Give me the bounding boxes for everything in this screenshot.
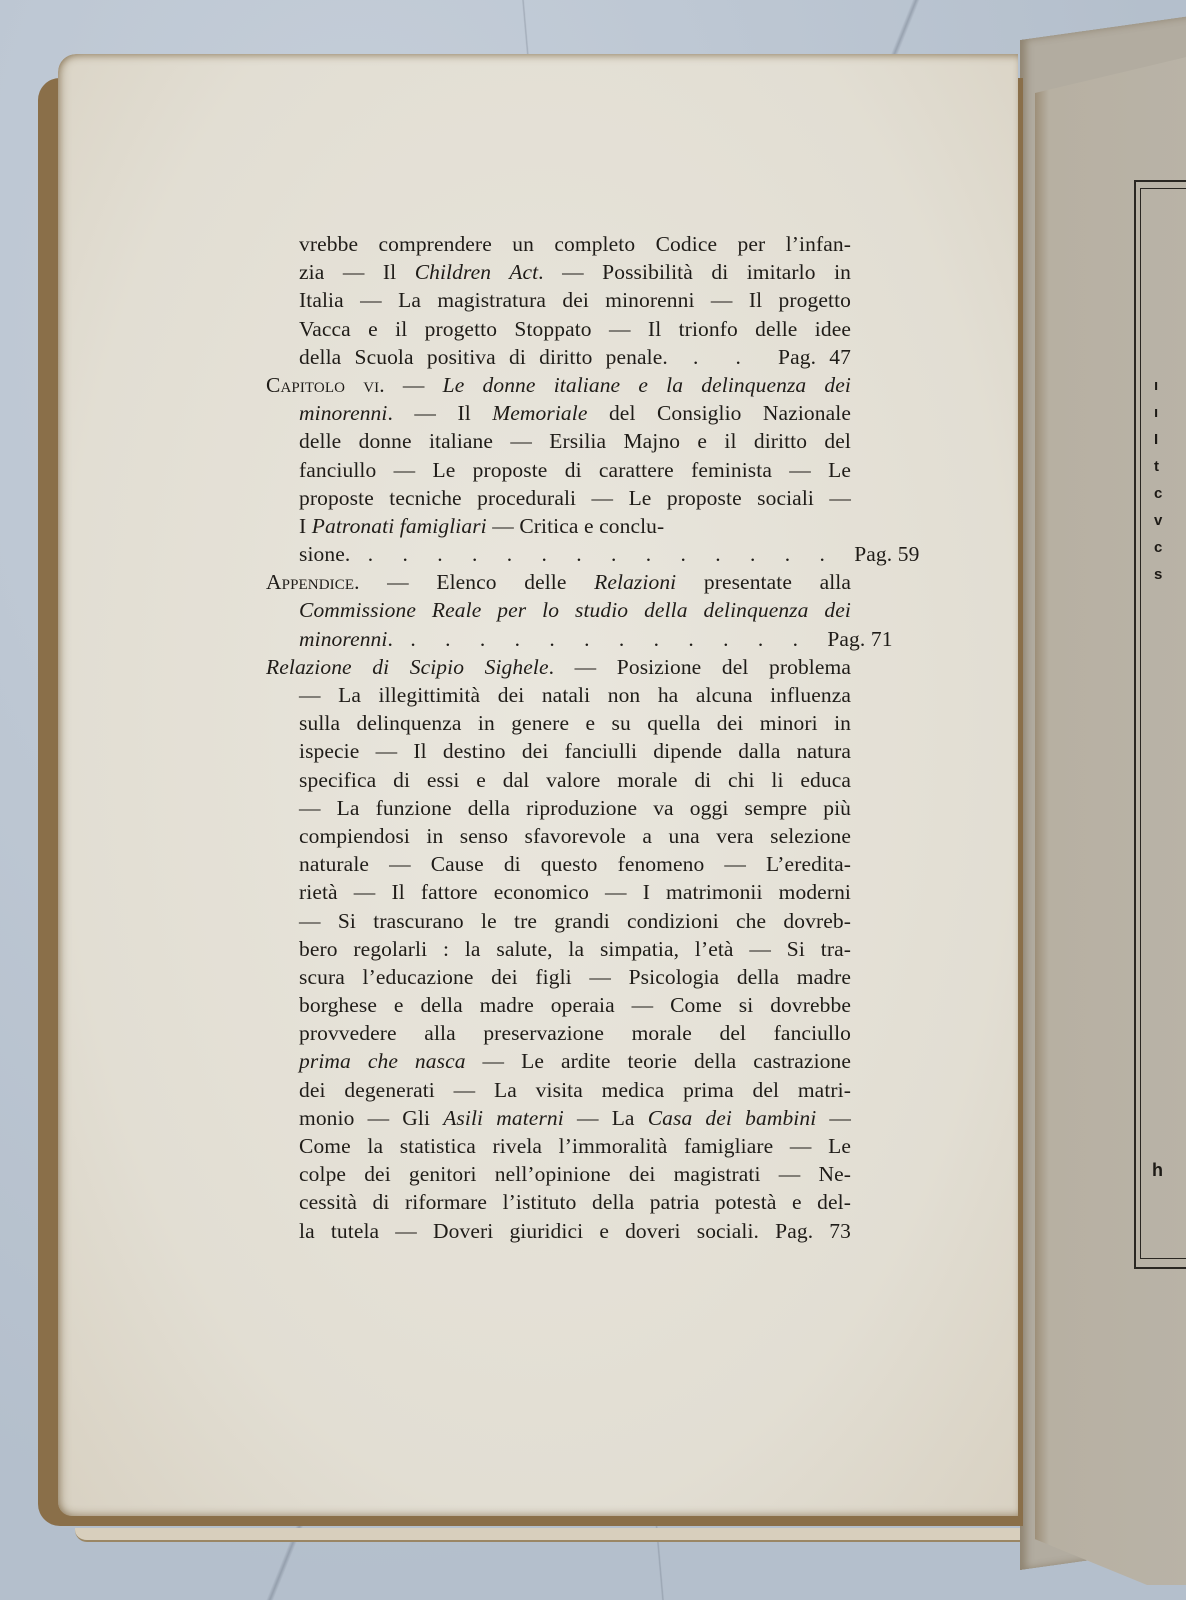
text: — Le ardite teorie della castrazione [466, 1049, 851, 1073]
leader-dots: . . . . . . . . . . . . [393, 627, 827, 651]
adjacent-page-frame-inner [1140, 188, 1186, 1259]
toc-line: borghese e della madre operaia — Come si… [266, 991, 851, 1019]
glyph: c [1154, 534, 1174, 561]
italic-title: Commissione Reale per lo studio della de… [299, 598, 851, 622]
toc-line: zia — Il Children Act. — Possibilità di … [266, 258, 851, 286]
toc-line: sione. . . . . . . . . . . . . . . Pag. … [266, 540, 851, 568]
toc-entry-relazione-sighele: Relazione di Scipio Sighele. — Posizione… [266, 653, 851, 1245]
glyph: s [1154, 561, 1174, 588]
text: rietà — Il fattore economico — I matrimo… [299, 880, 851, 904]
text: proposte tecniche procedurali — Le propo… [299, 486, 851, 510]
toc-line: minorenni. — Il Memoriale del Consiglio … [266, 399, 851, 427]
text: la tutela — Doveri giuridici e doveri so… [299, 1219, 759, 1243]
toc-line: della Scuola positiva di diritto penale.… [266, 343, 851, 371]
toc-line: minorenni. . . . . . . . . . . . . Pag. … [266, 625, 851, 653]
toc-line: cessità di riformare l’istituto della pa… [266, 1188, 851, 1216]
toc-entry-capitolo-vi: Capitolo vi. — Le donne italiane e la de… [266, 371, 851, 568]
chapter-label: Capitolo vi. [266, 373, 385, 397]
toc-line: — La illegittimità dei natali non ha alc… [266, 681, 851, 709]
text: — La [564, 1106, 648, 1130]
text: della Scuola positiva di diritto penale. [299, 345, 668, 369]
text: — Critica e conclu- [487, 514, 665, 538]
italic-title: Casa dei bambini [648, 1106, 817, 1130]
toc-line: scura l’educazione dei figli — Psicologi… [266, 963, 851, 991]
glyph: t [1154, 453, 1174, 480]
text: scura l’educazione dei figli — Psicologi… [299, 965, 851, 989]
italic-title: Patronati famigliari [312, 514, 487, 538]
text: fanciullo — Le proposte di carattere fem… [299, 458, 851, 482]
toc-line: naturale — Cause di questo fenomeno — L’… [266, 850, 851, 878]
page-number: Pag. 73 [775, 1219, 851, 1243]
text: colpe dei genitori nell’opinione dei mag… [299, 1162, 851, 1186]
text: specifica di essi e dal valore morale di… [299, 768, 851, 792]
toc-line: Italia — La magistratura dei minorenni —… [266, 286, 851, 314]
toc-line: Come la statistica rivela l’immoralità f… [266, 1132, 851, 1160]
text: cessità di riformare l’istituto della pa… [299, 1190, 851, 1214]
glyph: ı [1154, 399, 1174, 426]
text: — La illegittimità dei natali non ha alc… [299, 683, 851, 707]
text: presentate alla [676, 570, 851, 594]
glyph: I [1154, 426, 1174, 453]
toc-line: specifica di essi e dal valore morale di… [266, 766, 851, 794]
adjacent-page-bottom-glyph: h [1152, 1160, 1163, 1181]
text: — Si trascurano le tre grandi condizioni… [299, 909, 851, 933]
toc-line: Capitolo vi. — Le donne italiane e la de… [266, 371, 851, 399]
toc-line: ispecie — Il destino dei fanciulli dipen… [266, 737, 851, 765]
text: del Consiglio Nazionale [588, 401, 851, 425]
text: . — Il [388, 401, 493, 425]
italic-title: Le donne italiane e la delinquenza dei [443, 373, 851, 397]
leader-dots: . . [668, 345, 778, 369]
toc-line: Relazione di Scipio Sighele. — Posizione… [266, 653, 851, 681]
page-number: Pag. 47 [778, 345, 851, 369]
text: borghese e della madre operaia — Come si… [299, 993, 851, 1017]
toc-line: dei degenerati — La visita medica prima … [266, 1076, 851, 1104]
page-number: Pag. 59 [854, 542, 919, 566]
text: Vacca e il progetto Stoppato — Il trionf… [299, 317, 851, 341]
toc-line: prima che nasca — Le ardite teorie della… [266, 1047, 851, 1075]
toc-line: I Patronati famigliari — Critica e concl… [266, 512, 851, 540]
text: . — Posizione del problema [549, 655, 851, 679]
text: vrebbe comprendere un completo Codice pe… [299, 232, 851, 256]
toc-entry-continuation: vrebbe comprendere un completo Codice pe… [266, 230, 851, 371]
text: . — Possibilità di imitarlo in [538, 260, 851, 284]
glyph: c [1154, 480, 1174, 507]
glyph: v [1154, 507, 1174, 534]
chapter-label: Appendice. [266, 570, 360, 594]
text: monio — Gli [299, 1106, 443, 1130]
italic-title: Asili materni [443, 1106, 564, 1130]
toc-line: — Si trascurano le tre grandi condizioni… [266, 907, 851, 935]
italic-title: prima che nasca [299, 1049, 466, 1073]
text: compiendosi in senso sfavorevole a una v… [299, 824, 851, 848]
table-of-contents: vrebbe comprendere un completo Codice pe… [266, 230, 851, 1245]
text: — La funzione della riproduzione va oggi… [299, 796, 851, 820]
toc-line: rietà — Il fattore economico — I matrimo… [266, 878, 851, 906]
italic-title: Relazione di Scipio Sighele [266, 655, 549, 679]
toc-line: vrebbe comprendere un completo Codice pe… [266, 230, 851, 258]
text: Come la statistica rivela l’immoralità f… [299, 1134, 851, 1158]
adjacent-page-glyphs: ı ı I t c v c s [1154, 372, 1174, 588]
text: sulla delinquenza in genere e su quella … [299, 711, 851, 735]
page-bottom-edge [75, 1528, 1020, 1542]
toc-line: compiendosi in senso sfavorevole a una v… [266, 822, 851, 850]
glyph: ı [1154, 372, 1174, 399]
leader-dots: . . . . . . . . . . . . . . [350, 542, 854, 566]
text: delle donne italiane — Ersilia Majno e i… [299, 429, 851, 453]
text: bero regolarli : la salute, la simpatia,… [299, 937, 851, 961]
text: — Elenco delle [360, 570, 595, 594]
toc-line: provvedere alla preservazione morale del… [266, 1019, 851, 1047]
toc-line: delle donne italiane — Ersilia Majno e i… [266, 427, 851, 455]
text: naturale — Cause di questo fenomeno — L’… [299, 852, 851, 876]
toc-line: fanciullo — Le proposte di carattere fem… [266, 456, 851, 484]
toc-line: sulla delinquenza in genere e su quella … [266, 709, 851, 737]
italic-title: Relazioni [594, 570, 676, 594]
toc-line: — La funzione della riproduzione va oggi… [266, 794, 851, 822]
toc-line: la tutela — Doveri giuridici e doveri so… [266, 1217, 851, 1245]
toc-line: monio — Gli Asili materni — La Casa dei … [266, 1104, 851, 1132]
text: sione. [299, 542, 350, 566]
italic-title: Children Act [415, 260, 538, 284]
toc-line: colpe dei genitori nell’opinione dei mag… [266, 1160, 851, 1188]
text: Italia — La magistratura dei minorenni —… [299, 288, 851, 312]
text: — [816, 1106, 851, 1130]
text: zia — Il [299, 260, 415, 284]
toc-line: bero regolarli : la salute, la simpatia,… [266, 935, 851, 963]
page-number: Pag. 71 [827, 627, 892, 651]
italic-title: Memoriale [492, 401, 587, 425]
text: ispecie — Il destino dei fanciulli dipen… [299, 739, 851, 763]
toc-line: Vacca e il progetto Stoppato — Il trionf… [266, 315, 851, 343]
toc-line: proposte tecniche procedurali — Le propo… [266, 484, 851, 512]
italic-title: minorenni [299, 627, 388, 651]
text: — [385, 373, 443, 397]
text: I [299, 514, 312, 538]
toc-line: Commissione Reale per lo studio della de… [266, 596, 851, 624]
toc-line: Appendice. — Elenco delle Relazioni pres… [266, 568, 851, 596]
text: dei degenerati — La visita medica prima … [299, 1078, 851, 1102]
italic-title: minorenni [299, 401, 388, 425]
toc-entry-appendice: Appendice. — Elenco delle Relazioni pres… [266, 568, 851, 653]
text: provvedere alla preservazione morale del… [299, 1021, 851, 1045]
